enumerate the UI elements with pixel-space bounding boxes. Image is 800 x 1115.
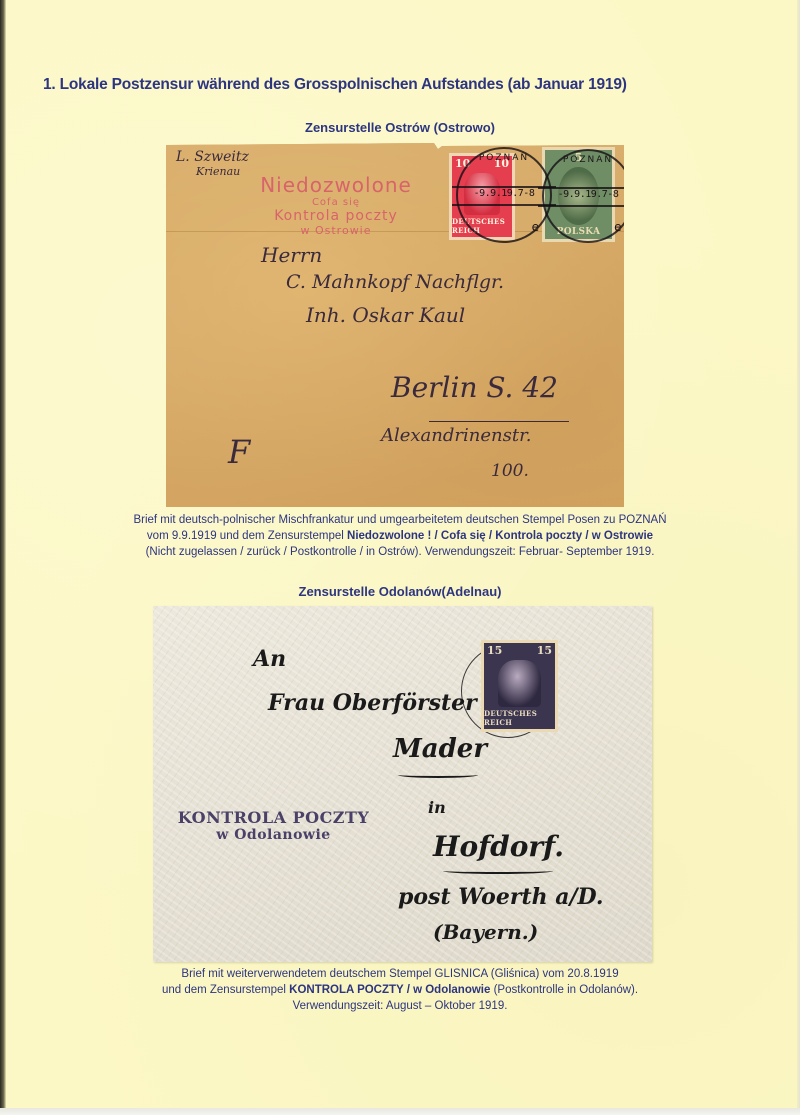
censor-line-1: KONTROLA POCZTY xyxy=(161,808,386,827)
censor-line-3: Kontrola poczty xyxy=(246,208,426,224)
stamp-country: DEUTSCHES REICH xyxy=(484,709,555,729)
sender-name: L. Szweitz xyxy=(176,149,249,165)
censor-stamp-ostrow: Niedozwolone Cofa się Kontrola poczty w … xyxy=(246,173,426,237)
caption-line-3: (Nicht zugelassen / zurück / Postkontrol… xyxy=(0,544,800,560)
censor-stamp-odolanow: KONTROLA POCZTY w Odolanowie xyxy=(161,808,386,843)
address-post: post Woerth a/D. xyxy=(398,884,604,910)
envelope-ostrow: L. Szweitz Krienau Niedozwolone Cofa się… xyxy=(166,143,624,507)
address-number: 100. xyxy=(491,461,529,481)
caption-line-3: Verwendungszeit: August – Oktober 1919. xyxy=(0,998,800,1014)
address-line-2: C. Mahnkopf Nachflgr. xyxy=(286,271,504,293)
address-city: Hofdorf. xyxy=(433,830,564,863)
address-in: in xyxy=(428,798,446,817)
stamp-value: 15 xyxy=(487,644,502,657)
stamp-germania-15: 1515 DEUTSCHES REICH xyxy=(481,640,558,732)
caption-bold: KONTROLA POCZTY / w Odolanowie xyxy=(289,984,490,996)
caption-line-1: Brief mit deutsch-polnischer Mischfranka… xyxy=(0,512,800,528)
address-city: Berlin S. 42 xyxy=(391,371,558,404)
sender-place: Krienau xyxy=(196,165,240,178)
caption-line-2: vom 9.9.1919 und dem Zensurstempel Niedo… xyxy=(0,528,800,544)
handwritten-mark: F xyxy=(228,433,250,471)
city-underline xyxy=(429,421,569,422)
page-bottom-edge xyxy=(0,1108,800,1115)
address-region: (Bayern.) xyxy=(433,920,538,944)
caption-bold: Niedozwolone ! / Cofa się / Kontrola poc… xyxy=(347,530,653,542)
postmark-town: POZNAŃ xyxy=(458,153,550,163)
postmark-date: -9.9.19.7-8 xyxy=(458,188,550,199)
censor-line-2: w Odolanowie xyxy=(161,827,386,843)
address-line-1: An xyxy=(253,646,286,672)
page-heading: 1. Lokale Postzensur während des Grosspo… xyxy=(43,76,627,94)
postmark-code: e xyxy=(532,220,539,234)
postmark-poznan-2: POZNAŃ -9.9.19.7-8 e xyxy=(542,149,624,243)
envelope-odolanow: An Frau Oberförster Mader in Hofdorf. po… xyxy=(153,606,652,962)
censor-line-2: Cofa się xyxy=(246,197,426,208)
caption-text: vom 9.9.1919 und dem Zensurstempel xyxy=(147,530,347,542)
city-underline xyxy=(443,868,553,874)
germania-figure-icon xyxy=(498,660,541,707)
caption-line-2: und dem Zensurstempel KONTROLA POCZTY / … xyxy=(0,982,800,998)
postmark-code: e xyxy=(614,220,621,234)
address-line-2: Frau Oberförster xyxy=(268,690,477,716)
section1-title: Zensurstelle Ostrów (Ostrowo) xyxy=(0,120,800,135)
address-name: Mader xyxy=(393,734,487,764)
section2-caption: Brief mit weiterverwendetem deutschem St… xyxy=(0,966,800,1014)
address-street: Alexandrinenstr. xyxy=(381,425,531,446)
caption-text: (Postkontrolle in Odolanów). xyxy=(490,984,638,996)
postmark-town: POZNAŃ xyxy=(544,155,624,165)
stamp-value: 15 xyxy=(537,644,552,657)
section1-caption: Brief mit deutsch-polnischer Mischfranka… xyxy=(0,512,800,560)
censor-line-4: w Ostrowie xyxy=(246,224,426,237)
caption-line-1: Brief mit weiterverwendetem deutschem St… xyxy=(0,966,800,982)
postmark-date: -9.9.19.7-8 xyxy=(544,189,624,200)
name-underline xyxy=(398,772,478,778)
address-line-1: Herrn xyxy=(261,243,322,267)
section2-title: Zensurstelle Odolanów(Adelnau) xyxy=(0,584,800,599)
censor-line-1: Niedozwolone xyxy=(246,173,426,197)
address-line-3: Inh. Oskar Kaul xyxy=(306,303,465,327)
caption-text: und dem Zensurstempel xyxy=(162,984,289,996)
